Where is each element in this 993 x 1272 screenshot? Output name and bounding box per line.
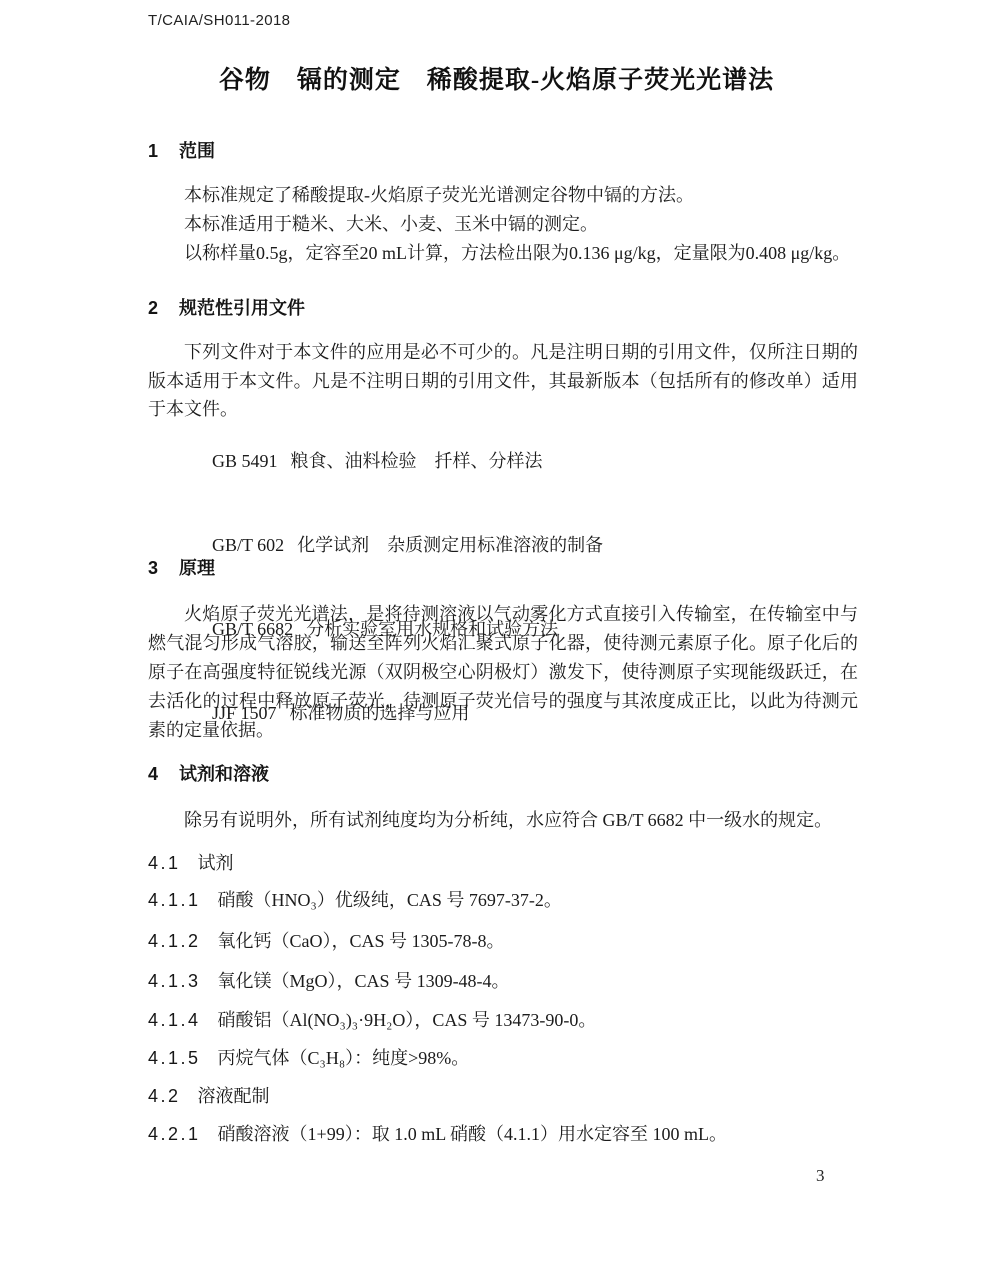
clause-text: 丙烷气体（C₃H₈）：纯度>98%。 [218, 1048, 470, 1068]
reference-code: GB 5491 [212, 451, 278, 471]
clause-text: 试剂 [198, 853, 234, 873]
clause-number: 4.2 [148, 1086, 181, 1106]
paragraph: 火焰原子荧光光谱法，是将待测溶液以气动雾化方式直接引入传输室，在传输室中与燃气混… [148, 600, 858, 745]
clause-4-1-1: 4.1.1硝酸（HNO₃）优级纯，CAS 号 7697-37-2。 [148, 888, 858, 912]
clause-text: 氧化镁（MgO），CAS 号 1309-48-4。 [218, 971, 510, 991]
paragraph: 除另有说明外，所有试剂纯度均为分析纯，水应符合 GB/T 6682 中一级水的规… [148, 806, 858, 835]
clause-4-1-2: 4.1.2氧化钙（CaO），CAS 号 1305-78-8。 [148, 929, 858, 953]
doc-code: T/CAIA/SH011-2018 [148, 12, 290, 29]
clause-number: 4.1.2 [148, 931, 201, 951]
reference-code: GB/T 602 [212, 535, 284, 555]
clause-text: 氧化钙（CaO），CAS 号 1305-78-8。 [218, 931, 505, 951]
reference-title: 化学试剂 杂质测定用标准溶液的制备 [297, 535, 603, 555]
clause-number: 4.1 [148, 853, 181, 873]
clause-number: 4.1.1 [148, 890, 201, 910]
clause-number: 4.1.4 [148, 1010, 201, 1030]
paragraph: 本标准适用于糙米、大米、小麦、玉米中镉的测定。 [148, 210, 858, 239]
section-2-heading: 2规范性引用文件 [148, 294, 858, 320]
section-4-heading: 4试剂和溶液 [148, 760, 858, 786]
clause-text: 硝酸溶液（1+99）：取 1.0 mL 硝酸（4.1.1）用水定容至 100 m… [218, 1124, 727, 1144]
doc-title: 谷物 镉的测定 稀酸提取-火焰原子荧光光谱法 [0, 60, 993, 96]
section-title: 试剂和溶液 [179, 764, 269, 784]
clause-text: 溶液配制 [198, 1086, 270, 1106]
clause-text: 硝酸（HNO₃）优级纯，CAS 号 7697-37-2。 [218, 890, 562, 910]
section-3-body: 火焰原子荧光光谱法，是将待测溶液以气动雾化方式直接引入传输室，在传输室中与燃气混… [148, 600, 858, 745]
paragraph: 以称样量0.5g，定容至20 mL计算，方法检出限为0.136 μg/kg，定量… [148, 239, 858, 268]
section-title: 范围 [179, 141, 215, 161]
reference-item: GB 5491粮食、油料检验 扦样、分样法 [148, 419, 858, 503]
clause-4-1: 4.1试剂 [148, 851, 858, 875]
clause-number: 4.1.3 [148, 971, 201, 991]
section-number: 4 [148, 764, 158, 784]
section-2-body: 下列文件对于本文件的应用是必不可少的。凡是注明日期的引用文件，仅所注日期的版本适… [148, 338, 858, 424]
document-page: T/CAIA/SH011-2018 谷物 镉的测定 稀酸提取-火焰原子荧光光谱法… [0, 0, 993, 1272]
clause-4-1-4: 4.1.4硝酸铝（Al(NO₃)₃·9H₂O），CAS 号 13473-90-0… [148, 1008, 858, 1032]
clause-number: 4.2.1 [148, 1124, 201, 1144]
section-number: 1 [148, 141, 158, 161]
page-number: 3 [816, 1166, 825, 1186]
clause-4-1-3: 4.1.3氧化镁（MgO），CAS 号 1309-48-4。 [148, 969, 858, 993]
clause-text: 硝酸铝（Al(NO₃)₃·9H₂O），CAS 号 13473-90-0。 [218, 1010, 597, 1030]
clause-4-2-1: 4.2.1硝酸溶液（1+99）：取 1.0 mL 硝酸（4.1.1）用水定容至 … [148, 1122, 858, 1146]
section-3-heading: 3原理 [148, 554, 858, 580]
section-number: 3 [148, 558, 158, 578]
clause-4-1-5: 4.1.5丙烷气体（C₃H₈）：纯度>98%。 [148, 1046, 858, 1070]
reference-title: 粮食、油料检验 扦样、分样法 [291, 451, 543, 471]
section-1-heading: 1范围 [148, 137, 858, 163]
section-4-body: 除另有说明外，所有试剂纯度均为分析纯，水应符合 GB/T 6682 中一级水的规… [148, 806, 858, 835]
clause-4-2: 4.2溶液配制 [148, 1084, 858, 1108]
paragraph: 下列文件对于本文件的应用是必不可少的。凡是注明日期的引用文件，仅所注日期的版本适… [148, 338, 858, 424]
paragraph: 本标准规定了稀酸提取-火焰原子荧光光谱测定谷物中镉的方法。 [148, 181, 858, 210]
section-title: 规范性引用文件 [179, 298, 305, 318]
section-title: 原理 [179, 558, 215, 578]
clause-number: 4.1.5 [148, 1048, 201, 1068]
section-number: 2 [148, 298, 158, 318]
section-1-body: 本标准规定了稀酸提取-火焰原子荧光光谱测定谷物中镉的方法。 本标准适用于糙米、大… [148, 181, 858, 268]
